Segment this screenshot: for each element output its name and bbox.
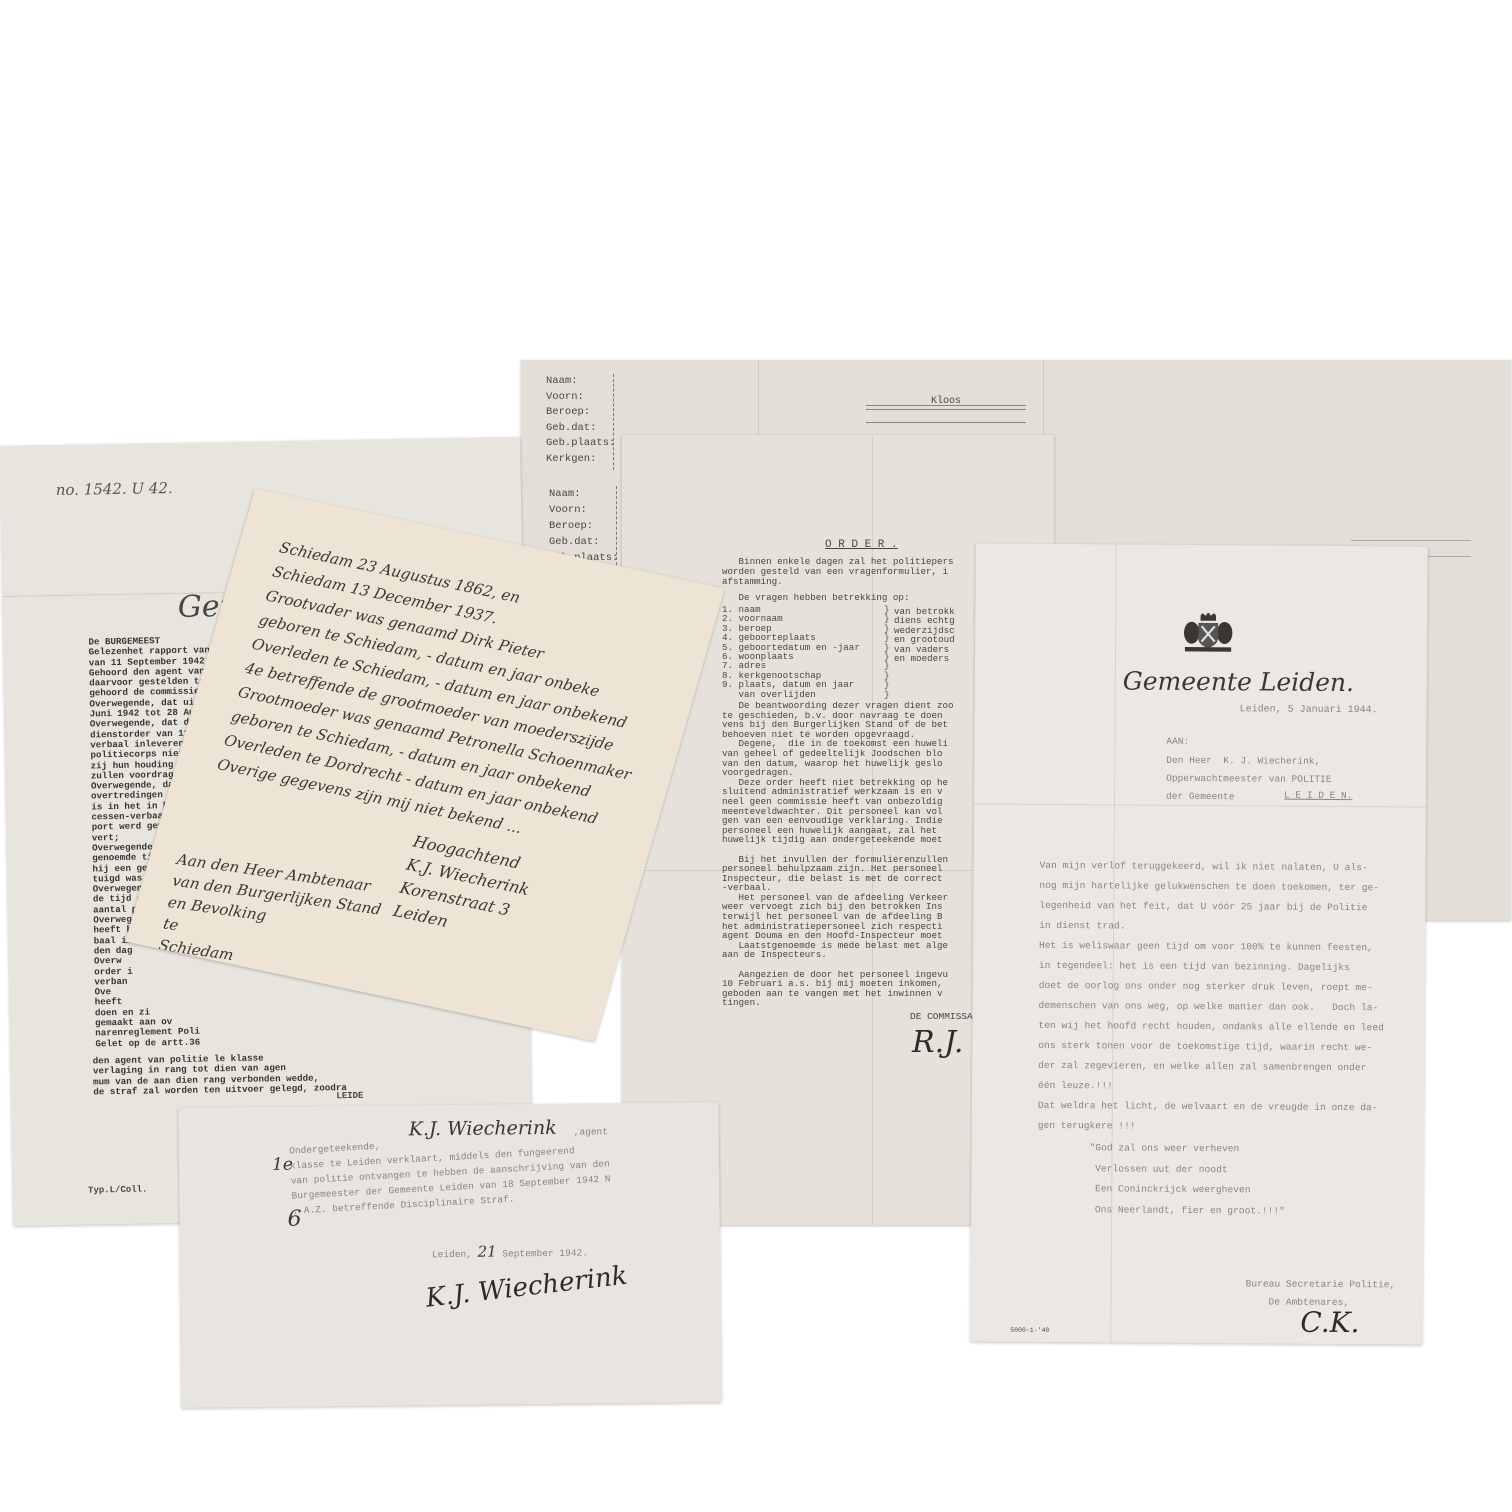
order-body: De beantwoording dezer vragen dient zoo … bbox=[722, 701, 954, 1008]
form-code: 5000-1-'40 bbox=[1010, 1324, 1049, 1338]
leiden-congratulation-letter: Gemeente Leiden. Leiden, 5 Januari 1944.… bbox=[970, 543, 1428, 1344]
leiden-coat-of-arms-icon bbox=[1180, 613, 1236, 657]
letter-date: Leiden, 5 Januari 1944. bbox=[1240, 703, 1378, 717]
date-day: 21 bbox=[477, 1243, 496, 1261]
order-relations: van betrokk diens echtg wederzijdsc en g… bbox=[894, 607, 955, 663]
letter-heading: Gemeente Leiden. bbox=[1123, 666, 1354, 697]
receipt-acknowledgement: K.J. Wiecherink ,agent Ondergeteekende, … bbox=[178, 1102, 721, 1408]
form-field-line bbox=[866, 405, 1026, 406]
receipt-date: Leiden, 21 September 1942. bbox=[432, 1239, 588, 1266]
form-block-1-labels: Naam: Voorn: Beroep: Geb.dat: Geb.plaats… bbox=[546, 374, 615, 467]
handwritten-rank: 1e bbox=[272, 1153, 293, 1178]
order-subheading: De vragen hebben betrekking op: bbox=[722, 591, 909, 605]
handwritten-ref: 6 bbox=[287, 1207, 301, 1232]
order-brace: } } } } } } } } } } bbox=[884, 605, 890, 699]
recipient-city: L E I D E N. bbox=[1284, 789, 1353, 803]
department: Bureau Secretarie Politie, bbox=[1246, 1277, 1396, 1292]
letter-body: Van mijn verlof teruggekeerd, wil ik nie… bbox=[1038, 856, 1385, 1138]
recipient-label: AAN: bbox=[1166, 735, 1189, 749]
archive-reference: no. 1542. U 42. bbox=[56, 479, 173, 499]
date-prefix: Leiden, bbox=[432, 1249, 478, 1260]
form-divider bbox=[613, 374, 615, 470]
letter-poem: "God zal ons weer verheven Verlossen uut… bbox=[1089, 1138, 1285, 1221]
order-question-list: 1. naam 2. voornaam 3. beroep 4. geboort… bbox=[722, 605, 860, 699]
signoff: LEIDE bbox=[336, 1090, 363, 1104]
typist-mark: Typ.L/Coll. bbox=[88, 1184, 148, 1199]
receipt-signature: K.J. Wiecherink bbox=[424, 1261, 629, 1314]
form-field-line bbox=[866, 422, 1026, 423]
signature: C.K. bbox=[1300, 1306, 1359, 1339]
form-name-field: Kloos bbox=[866, 390, 1026, 410]
order-intro: Binnen enkele dagen zal het politiepers … bbox=[722, 557, 954, 587]
handwritten-body: Schiedam 23 Augustus 1862, en Schiedam 1… bbox=[214, 536, 676, 860]
receipt-text: Ondergeteekende, klasse te Leiden verkla… bbox=[289, 1126, 612, 1218]
date-suffix: September 1942. bbox=[497, 1248, 588, 1260]
handwritten-closing: Hoogachtend K.J. Wiecherink Korenstraat … bbox=[390, 830, 538, 948]
order-title: O R D E R . bbox=[825, 539, 898, 553]
burgemeester-decision: den agent van politie le klasse verlagin… bbox=[93, 1052, 347, 1098]
order-signature: R.J. bbox=[912, 1025, 963, 1060]
form-field-line bbox=[1351, 540, 1471, 541]
